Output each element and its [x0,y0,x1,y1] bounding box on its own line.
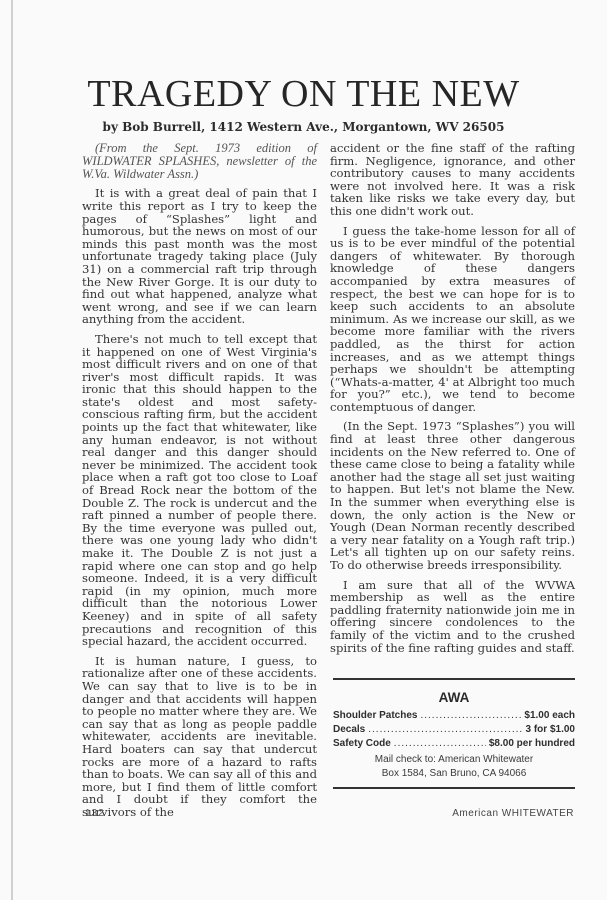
ad-item-price: $8.00 per hundred [489,737,575,751]
mail-line-1: Mail check to: American Whitewater [333,753,575,767]
leader-dots: ........................................… [420,709,521,723]
ad-item-price: 3 for $1.00 [526,723,575,737]
leader-dots: ........................................… [394,737,486,751]
paragraph: I guess the take-home lesson for all of … [330,225,575,414]
article-byline: by Bob Burrell, 1412 Western Ave., Morga… [0,120,607,134]
ad-item: Shoulder Patches .......................… [333,709,575,723]
ad-title: AWA [333,690,575,705]
page-number: 132 [85,808,105,819]
paragraph-continued: accident or the fine staff of the raftin… [330,142,575,218]
mail-line-2: Box 1584, San Bruno, CA 94066 [333,767,575,781]
source-note: (From the Sept. 1973 edition of WILDWATE… [82,142,317,180]
ad-item-name: Decals [333,723,365,737]
paragraph: It is with a great deal of pain that I w… [82,187,317,326]
ad-item-name: Shoulder Patches [333,709,417,723]
divider [333,678,575,680]
awa-advertisement: AWA Shoulder Patches ...................… [333,678,575,789]
page-edge [11,0,13,900]
paragraph: There's not much to tell except that it … [82,333,317,648]
paragraph: I am sure that all of the WVWA membershi… [330,579,575,655]
ad-item-name: Safety Code [333,737,391,751]
publication-name: American WHITEWATER [452,808,574,819]
left-column: (From the Sept. 1973 edition of WILDWATE… [82,142,317,825]
right-column: accident or the fine staff of the raftin… [330,142,575,661]
ad-item-price: $1.00 each [524,709,575,723]
leader-dots: ........................................… [368,723,522,737]
paragraph: (In the Sept. 1973 “Splashes”) you will … [330,420,575,571]
article-title: TRAGEDY ON THE NEW [0,72,607,116]
ad-item: Decals .................................… [333,723,575,737]
ad-item: Safety Code ............................… [333,737,575,751]
paragraph: It is human nature, I guess, to rational… [82,655,317,819]
divider [333,787,575,789]
